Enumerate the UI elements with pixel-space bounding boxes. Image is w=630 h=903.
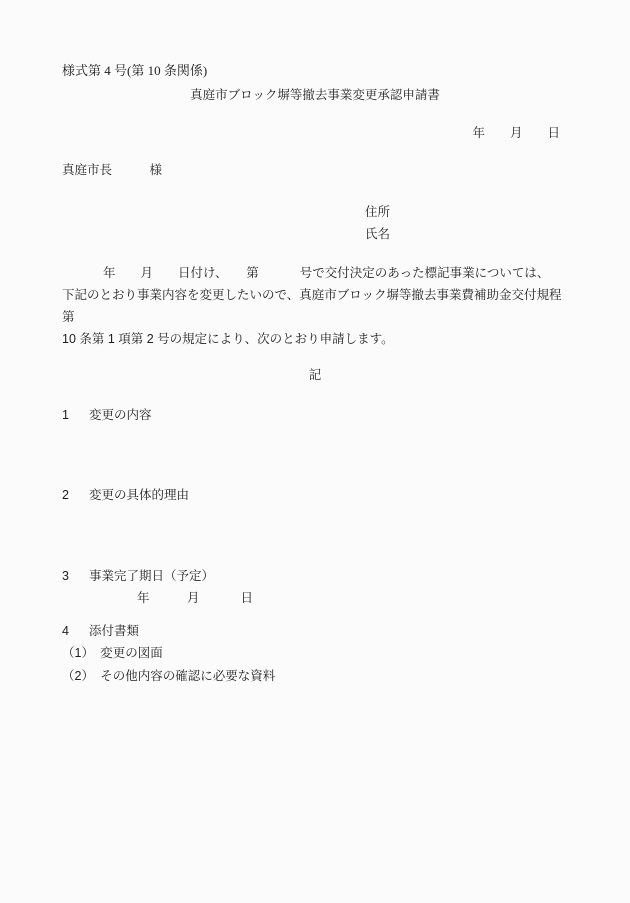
item-4-number: 4 [62,620,89,642]
item-3-label: 事業完了期日（予定） [89,565,214,587]
item-3-date-blank-line: 年 月 日 [62,587,568,609]
item-3-completion-date: 3 事業完了期日（予定） [62,565,568,587]
item-4-attachments: 4 添付書類 [62,620,568,642]
date-blank-line: 年 月 日 [62,122,568,144]
addressee-line: 真庭市長 様 [62,159,568,181]
item-2-number: 2 [62,484,89,506]
applicant-name-label: 氏名 [62,223,568,245]
document-page: 様式第 4 号(第 10 条関係) 真庭市ブロック塀等撤去事業変更承認申請書 年… [0,0,630,903]
document-title: 真庭市ブロック塀等撤去事業変更承認申請書 [62,84,568,106]
item-4-label: 添付書類 [89,620,139,642]
applicant-address-label: 住所 [62,201,568,223]
attachment-subitem-1: （1） 変更の図面 [62,642,568,665]
form-number: 様式第 4 号(第 10 条関係) [62,60,568,82]
record-marker: 記 [62,364,568,386]
body-paragraph: 年 月 日付け、 第 号で交付決定のあった標記事業については、 下記のとおり事業… [62,262,568,350]
item-1-number: 1 [62,404,89,426]
item-1-change-content: 1 変更の内容 [62,404,568,426]
item-1-label: 変更の内容 [89,404,152,426]
attachment-subitem-2: （2） その他内容の確認に必要な資料 [62,665,568,688]
item-2-change-reason: 2 変更の具体的理由 [62,484,568,506]
item-2-label: 変更の具体的理由 [89,484,189,506]
item-3-number: 3 [62,565,89,587]
